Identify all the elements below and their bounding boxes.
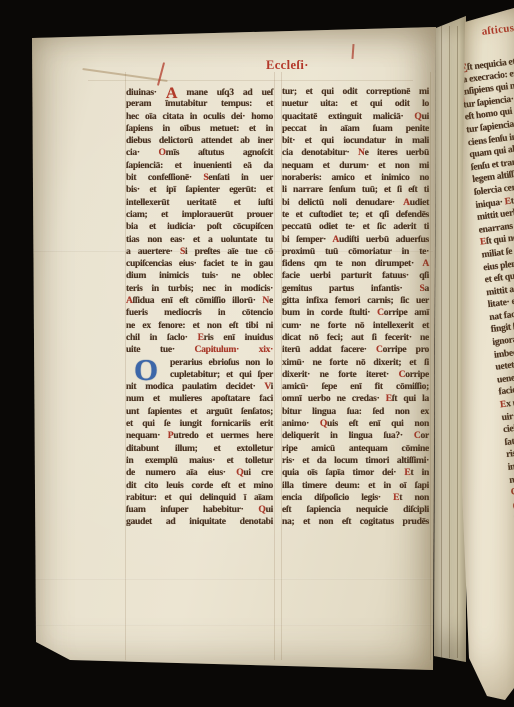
- manuscript-text-line: teris in turbis; nec in modicis·: [126, 283, 273, 295]
- text-run: ſapiens in oībus metuet: et in: [126, 123, 273, 134]
- text-run: a: [425, 283, 430, 294]
- text-run: ſuam inſuper habebitur·: [126, 504, 258, 515]
- text-run: tur; et qui odit correptionē mi: [282, 86, 429, 97]
- manuscript-text-line: peccat in aīam ſuam penite: [282, 123, 429, 135]
- text-column-right: tur; et qui odit correptionē minuetur ui…: [282, 86, 429, 529]
- rubricated-letter: A: [332, 234, 339, 245]
- text-run: noraberis: amico et inimico no: [282, 172, 429, 183]
- rubricated-letter: Q: [320, 418, 327, 429]
- text-run: cupletabitur; et qui ſper: [170, 369, 273, 380]
- manuscript-text-line: bi delictū noli denudare· Audiet: [282, 197, 429, 209]
- text-run: bis· et ipī ſapienter egerūt: et: [126, 184, 273, 195]
- text-run: peccatū odiet te· et ſic aderit ti: [282, 221, 429, 232]
- text-run: nuetur uita: et qui odit lo: [282, 98, 429, 109]
- manuscript-text-line: cupiſcencias eius· faciet te in gau: [126, 258, 273, 270]
- text-run: ne ex fenore: et non eſt tibi ni: [126, 320, 273, 331]
- manuscript-photograph: Eccleſi· diuinas· A mane uſq3 ad ueſpera…: [0, 0, 514, 707]
- text-run: cia·: [126, 147, 159, 158]
- manuscript-text-line: ſapiens in oībus metuet: et in: [126, 123, 273, 135]
- text-run: illa timere deum: et in oī ſapi: [282, 480, 429, 491]
- rubricated-letter: Capitulum· xix·: [195, 344, 273, 355]
- manuscript-text-line: deliquerit in lingua ſua?· Cor: [282, 430, 429, 442]
- manuscript-text-line: illa timere deum: et in oī ſapi: [282, 480, 429, 492]
- manuscript-text-line: dixerit· ne forte iteret· Corripe: [282, 369, 429, 381]
- text-run: enſati in uer: [208, 172, 273, 183]
- manuscript-text-line: facie uerbi parturit fatuus· qſi: [282, 270, 429, 282]
- fore-edge-leaf-stack: [433, 16, 466, 668]
- manuscript-text-line: dit cito leuis corde eſt et mino: [126, 480, 273, 492]
- manuscript-text-line: omnī uerbo ne credas· Eſt qui la: [282, 393, 429, 405]
- manuscript-text-line: bit confeſſionē· Senſati in uer: [126, 172, 273, 184]
- rubricated-letter: A: [403, 197, 410, 208]
- text-run: deliquerit in lingua ſua?·: [282, 430, 414, 441]
- manuscript-text-line: intellexerūt ueritatē et iuſti: [126, 197, 273, 209]
- manuscript-text-line: peram īmutabitur tempus: et: [126, 98, 273, 110]
- manuscript-text-line: cia denotabitur· Ne iteres uerbū: [282, 147, 429, 159]
- manuscript-text-line: encia diſpoſicio legis· Et non: [282, 492, 429, 504]
- manuscript-text-line: bum in corde ſtulti· Corripe amī: [282, 307, 429, 319]
- text-run: de numero aīa eius·: [126, 467, 236, 478]
- text-run: tias non eas· et a uoluntate tu: [126, 234, 273, 245]
- text-run: iterū addat facere·: [282, 344, 376, 355]
- manuscript-text-line: ripe amicū antequam cōmine: [282, 443, 429, 455]
- pen-flourish: [157, 62, 165, 86]
- manuscript-text-line: proximū tuū cōmoriatur in te·: [282, 246, 429, 258]
- rubricated-letter: O: [159, 147, 166, 158]
- parchment-crease: [32, 578, 433, 580]
- manuscript-text-line: num et mulieres apoſtatare faci: [126, 393, 273, 405]
- text-run: nequam·: [126, 430, 168, 441]
- running-title-verso: Eccleſi·: [266, 58, 309, 73]
- text-run: ris enī inuidus: [204, 332, 273, 343]
- manuscript-text-line: ne ex fenore: et non eſt tibi ni: [126, 320, 273, 332]
- manuscript-text-line: chil in ſaclo· Eris enī inuidus: [126, 332, 273, 344]
- text-run: a auertere·: [126, 246, 180, 257]
- text-run: chil in ſaclo·: [126, 332, 198, 343]
- chapter-19-initial-o: O: [127, 356, 165, 383]
- text-run: t non: [399, 492, 429, 503]
- text-run: cia denotabitur·: [282, 147, 358, 158]
- manuscript-text-line: li narrare ſenſum tuū; et ſi eſt ti: [282, 184, 429, 196]
- text-run: eſt ſapiencia nequicie diſcipli: [282, 504, 429, 515]
- ruling-line: [430, 72, 431, 660]
- manuscript-text-line: peccatū odiet te· et ſic aderit ti: [282, 221, 429, 233]
- text-run: ris· et da locum timori altiſſimi·: [282, 455, 429, 466]
- manuscript-text-line: tias non eas· et a uoluntate tu: [126, 234, 273, 246]
- text-run: bum in corde ſtulti·: [282, 307, 377, 318]
- manuscript-text-line: de numero aīa eius· Qui cre: [126, 467, 273, 479]
- text-run: cupiſcencias eius· faciet te in gau: [126, 258, 273, 269]
- text-run: mīs aſtutus agnoſcit: [166, 147, 273, 158]
- text-run: orripe pro: [383, 344, 429, 355]
- text-run: gaudet ad iniquitate denotabi: [126, 516, 273, 527]
- rubricated-letter: Q: [414, 111, 421, 122]
- rubricated-letter: Q: [258, 504, 265, 515]
- text-run: fueris mediocris in cōtencio: [126, 307, 273, 318]
- text-run: facie uerbi parturit fatuus· qſi: [282, 270, 429, 281]
- text-run: peccat in aīam ſuam penite: [282, 123, 429, 134]
- manuscript-text-line: tur; et qui odit correptionē mi: [282, 86, 429, 98]
- parchment-crease: [32, 624, 433, 626]
- text-run: i: [271, 381, 273, 392]
- manuscript-text-line: nuetur uita: et qui odit lo: [282, 98, 429, 110]
- text-run: quia oīs ſapīa timor dei·: [282, 467, 404, 478]
- text-run: cum· ne forte nō intellexerit et: [282, 320, 429, 331]
- manuscript-text-line: fidens qm te non dirumpet· A: [282, 258, 429, 270]
- red-pen-mark: [351, 44, 354, 59]
- text-run: rabitur: et qui delinquid ī aīam: [126, 492, 273, 503]
- text-run: amicū· ſepe enī fit cōmiſſio;: [282, 381, 429, 392]
- manuscript-text-line: gaudet ad iniquitate denotabi: [126, 516, 273, 528]
- text-run: or: [421, 430, 429, 441]
- text-run: li narrare ſenſum tuū; et ſi eſt ti: [282, 184, 429, 195]
- text-run: dicat nō feci; aut ſi fecerit· ne: [282, 332, 429, 343]
- manuscript-text-line: ciam; et implorauerūt prouer: [126, 209, 273, 221]
- manuscript-text-line: dicat nō feci; aut ſi fecerit· ne: [282, 332, 429, 344]
- text-run: diebus delictorū attendet ab iner: [126, 135, 273, 146]
- manuscript-text-line: amicū· ſepe enī fit cōmiſſio;: [282, 381, 429, 393]
- manuscript-text-line: et qui ſe iungit fornicariis erit: [126, 418, 273, 430]
- manuscript-text-line: diuinas· A mane uſq3 ad ueſ: [126, 86, 273, 98]
- text-run: gemitus partus infantis·: [282, 283, 419, 294]
- text-run: peram īmutabitur tempus: et: [126, 98, 273, 109]
- text-run: quacitatē extinguit maliciā·: [282, 111, 414, 122]
- text-run: ſſidua enī eſt cōmiſſio illorū·: [133, 295, 263, 306]
- text-run: bi ſemper·: [282, 234, 332, 245]
- text-run: ui: [266, 504, 273, 515]
- text-column-left: diuinas· A mane uſq3 ad ueſperam īmutabi…: [126, 86, 273, 529]
- manuscript-text-line: na; et non eſt cogitatus prudēs: [282, 516, 429, 528]
- text-run: omnī uerbo ne credas·: [282, 393, 386, 404]
- manuscript-text-line: gemitus partus infantis· Sa: [282, 283, 429, 295]
- text-run: te et cuſtodiet te; et qſi defendēs: [282, 209, 429, 220]
- manuscript-text-line: cum· ne forte nō intellexerit et: [282, 320, 429, 332]
- text-run: orripe amī: [384, 307, 429, 318]
- text-run: gitta infixa femori carnis; ſic uer: [282, 295, 429, 306]
- text-run: ximū· ne forte nō dixerit; et ſi: [282, 357, 429, 368]
- manuscript-text-line: quia oīs ſapīa timor dei· Et in: [282, 467, 429, 479]
- manuscript-text-line: bia et iudicia· poſt cōcupiſcen: [126, 221, 273, 233]
- running-title-recto-fragment: aſticus: [481, 22, 514, 38]
- rubricated-letter: A: [422, 258, 429, 269]
- text-run: bitur lingua ſua: ſed non ex: [282, 406, 429, 417]
- text-run: bit· et qui iocundatur in mali: [282, 135, 429, 146]
- text-run: unt ſapientes et arguūt ſenſatos;: [126, 406, 273, 417]
- text-run: ſt qui la: [392, 393, 429, 404]
- text-run: intellexerūt ueritatē et iuſti: [126, 197, 273, 208]
- text-run: bit confeſſionē·: [126, 172, 203, 183]
- text-run: dixerit· ne forte iteret·: [282, 369, 399, 380]
- text-run: diuinas·: [126, 87, 166, 98]
- manuscript-text-line: a auertere· Si preſtes aīe tue cō: [126, 246, 273, 258]
- manuscript-text-line: bi ſemper· Audiſti uerbū aduerſus: [282, 234, 429, 246]
- manuscript-text-line: unt ſapientes et arguūt ſenſatos;: [126, 406, 273, 418]
- manuscript-text-line: ſapienciā: et inuenienti eā da: [126, 160, 273, 172]
- manuscript-text-line: ximū· ne forte nō dixerit; et ſi: [282, 357, 429, 369]
- text-run: et qui ſe iungit fornicariis erit: [126, 418, 273, 429]
- text-run: mane uſq3 ad ueſ: [177, 87, 273, 98]
- manuscript-text-line: rabitur: et qui delinquid ī aīam: [126, 492, 273, 504]
- leaf-edge-line: [449, 26, 450, 658]
- rubricated-letter: A: [126, 295, 133, 306]
- text-run: ditabunt illum; et extolletur: [126, 443, 273, 454]
- text-run: udiſti uerbū aduerſus: [339, 234, 429, 245]
- manuscript-text-line: bis· et ipī ſapienter egerūt: et: [126, 184, 273, 196]
- text-run: animo·: [282, 418, 320, 429]
- text-run: hec oīa citata in oculis dei· homo: [126, 111, 273, 122]
- text-column-next-leaf: Eſt nequicia et in ipſa execracio: et eſ…: [458, 44, 514, 537]
- text-run: na; et non eſt cogitatus prudēs: [282, 516, 429, 527]
- text-run: uis eſt enī qui non: [327, 418, 429, 429]
- manuscript-text-line: cia· Omīs aſtutus agnoſcit: [126, 147, 273, 159]
- manuscript-text-line: animo· Quis eſt enī qui non: [282, 418, 429, 430]
- text-run: teris in turbis; nec in modicis·: [126, 283, 273, 294]
- manuscript-text-line: nequam et durum· et non mi: [282, 160, 429, 172]
- text-run: dit cito leuis corde eſt et mino: [126, 480, 273, 491]
- manuscript-text-line: noraberis: amico et inimico no: [282, 172, 429, 184]
- text-run: ſapienciā: et inuenienti eā da: [126, 160, 273, 171]
- rubricated-letter: N: [358, 147, 365, 158]
- text-run: encia diſpoſicio legis·: [282, 492, 393, 503]
- text-run: dium inimicis tuis· ne oblec: [126, 270, 273, 281]
- text-run: ui cre: [243, 467, 273, 478]
- manuscript-text-line: gitta infixa femori carnis; ſic uer: [282, 295, 429, 307]
- manuscript-text-line: bit· et qui iocundatur in mali: [282, 135, 429, 147]
- rubricated-letter: C: [377, 307, 384, 318]
- text-run: nequam et durum· et non mi: [282, 160, 429, 171]
- manuscript-text-line: quacitatē extinguit maliciā· Qui: [282, 111, 429, 123]
- manuscript-text-line: in exemplū maius· et tolletur: [126, 455, 273, 467]
- text-run: i preſtes aīe tue cō: [185, 246, 273, 257]
- text-run: fidens qm te non dirumpet·: [282, 258, 422, 269]
- rubricated-letter: C: [376, 344, 383, 355]
- manuscript-text-line: nequam· Putredo et uermes here: [126, 430, 273, 442]
- manuscript-text-line: Aſſidua enī eſt cōmiſſio illorū· Ne: [126, 295, 273, 307]
- manuscript-text-line: te et cuſtodiet te; et qſi defendēs: [282, 209, 429, 221]
- text-run: num et mulieres apoſtatare faci: [126, 393, 273, 404]
- text-run: perarius ebrioſus non lo: [170, 357, 273, 368]
- leaf-edge-line: [441, 26, 442, 658]
- text-run: ui: [422, 111, 429, 122]
- manuscript-text-line: ris· et da locum timori altiſſimi·: [282, 455, 429, 467]
- manuscript-text-line: ſuam inſuper habebitur· Qui: [126, 504, 273, 516]
- text-run: udiet: [410, 197, 429, 208]
- text-run: e iteres uerbū: [365, 147, 429, 158]
- text-run: in exemplū maius· et tolletur: [126, 455, 273, 466]
- leaf-edge-line: [457, 26, 458, 658]
- manuscript-text-line: ditabunt illum; et extolletur: [126, 443, 273, 455]
- text-run: proximū tuū cōmoriatur in te·: [282, 246, 429, 257]
- text-run: orripe: [405, 369, 429, 380]
- text-run: ciam; et implorauerūt prouer: [126, 209, 273, 220]
- manuscript-text-line: dium inimicis tuis· ne oblec: [126, 270, 273, 282]
- text-run: utredo et uermes here: [173, 430, 273, 441]
- ruling-line: [88, 80, 413, 81]
- manuscript-text-line: eſt ſapiencia nequicie diſcipli: [282, 504, 429, 516]
- manuscript-text-line: hec oīa citata in oculis dei· homo: [126, 111, 273, 123]
- ruling-line: [274, 72, 275, 660]
- text-run: bi delictū noli denudare·: [282, 197, 403, 208]
- text-run: ripe amicū antequam cōmine: [282, 443, 429, 454]
- manuscript-text-line: fueris mediocris in cōtencio: [126, 307, 273, 319]
- manuscript-page-verso: Eccleſi· diuinas· A mane uſq3 ad ueſpera…: [30, 26, 437, 676]
- manuscript-text-line: iterū addat facere· Corripe pro: [282, 344, 429, 356]
- manuscript-text-line: diebus delictorū attendet ab iner: [126, 135, 273, 147]
- text-run: bia et iudicia· poſt cōcupiſcen: [126, 221, 273, 232]
- text-run: t in: [411, 467, 429, 478]
- text-run: e: [269, 295, 273, 306]
- rubricated-letter: C: [414, 430, 421, 441]
- manuscript-text-line: bitur lingua ſua: ſed non ex: [282, 406, 429, 418]
